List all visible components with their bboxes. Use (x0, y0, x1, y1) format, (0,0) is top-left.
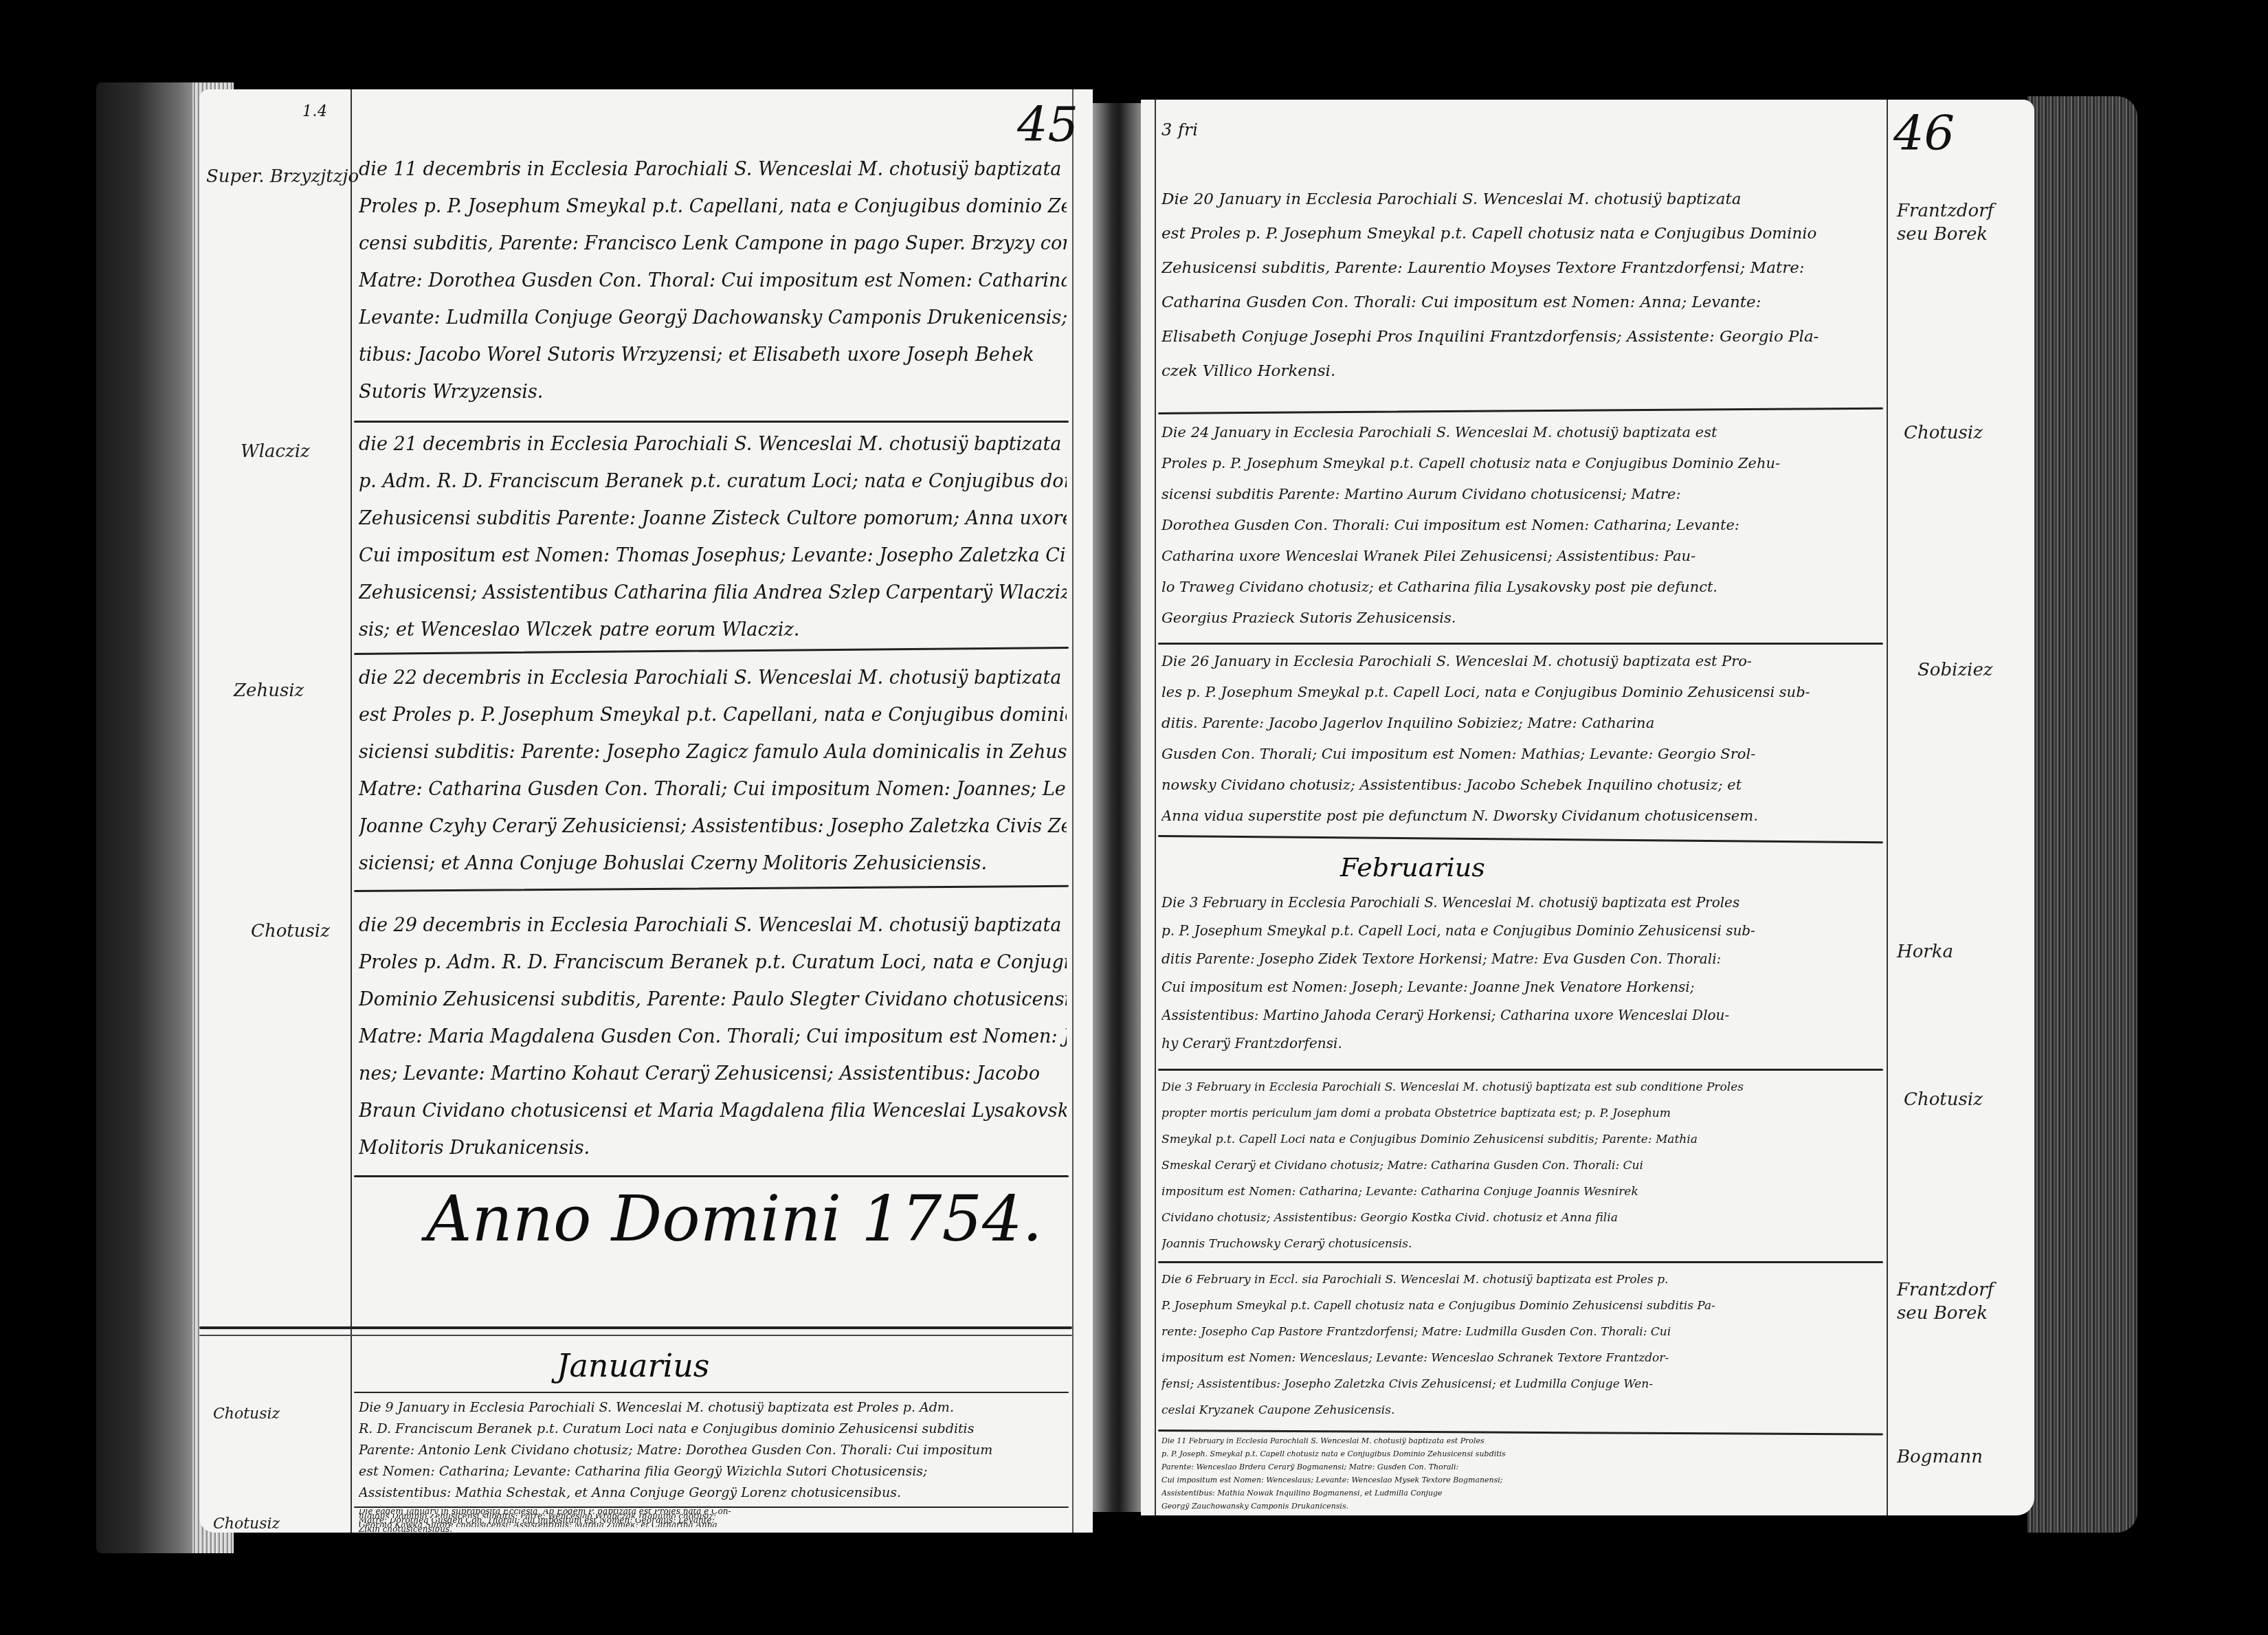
entry-line: Zehusicensi; Assistentibus Catharina fil… (359, 575, 1067, 612)
margin-village: Chotusiz (251, 921, 330, 942)
entry-divider (1158, 408, 1883, 414)
book-spine-gutter (1093, 103, 1141, 1512)
entry-divider (1158, 1261, 1883, 1263)
entry-line: Cui impositum est Nomen: Wenceslaus; Lev… (1161, 1473, 1883, 1487)
entry-line: nes; Levante: Martino Kohaut Cerarÿ Zehu… (359, 1056, 1067, 1093)
left-margin-rule (351, 89, 352, 1533)
margin-village: Frantzdorf seu Borek (1897, 1278, 2021, 1325)
entry-line: siciensi; et Anna Conjuge Bohuslai Czern… (359, 845, 1067, 882)
entry-line: Matre: Dorothea Gusden Con. Thoral: Cui … (359, 263, 1067, 300)
entry-line: les p. P. Josephum Smeykal p.t. Capell L… (1161, 677, 1883, 708)
entry-line: Levante: Ludmilla Conjuge Georgÿ Dachowa… (359, 300, 1067, 337)
entry-divider (354, 1175, 1069, 1177)
right-page: 3 fri 46 Frantzdorf seu Borek Die 20 Jan… (1141, 100, 2034, 1515)
entry-line: sis; et Wenceslao Wlczek patre eorum Wla… (359, 612, 1067, 649)
entry-line: Joanne Czyhy Cerarÿ Zehusiciensi; Assist… (359, 808, 1067, 845)
entry-line: Joannis Truchowsky Cerarÿ chotusicensis. (1161, 1231, 1883, 1257)
entry-line: rente: Josepho Cap Pastore Frantzdorfens… (1161, 1319, 1883, 1345)
entry-line: Dorothea Gusden Con. Thorali: Cui imposi… (1161, 510, 1883, 541)
entry-line: lo Traweg Cividano chotusiz; et Catharin… (1161, 572, 1883, 603)
baptism-entry: Die 9 January in Ecclesia Parochiali S. … (359, 1397, 1067, 1504)
baptism-entry: die 21 decembris in Ecclesia Parochiali … (359, 426, 1067, 649)
entry-line: p. P. Joseph. Smeykal p.t. Capell chotus… (1161, 1447, 1883, 1460)
entry-line: Die 9 January in Ecclesia Parochiali S. … (359, 1397, 1067, 1419)
entry-line: Gusden Con. Thorali; Cui impositum est N… (1161, 739, 1883, 770)
month-heading: Februarius (1340, 852, 1485, 882)
entry-divider (1158, 643, 1883, 645)
entry-line: sicensi subditis Parente: Martino Aurum … (1161, 479, 1883, 510)
entry-divider (1158, 835, 1883, 843)
page-number: 46 (1893, 105, 1955, 162)
month-heading: Januarius (557, 1347, 709, 1384)
entry-line: Matre: Catharina Gusden Con. Thorali; Cu… (359, 771, 1067, 808)
entry-line: die 29 decembris in Ecclesia Parochiali … (359, 907, 1067, 944)
entry-line: nowsky Cividano chotusiz; Assistentibus:… (1161, 770, 1883, 801)
entry-line: impositum est Nomen: Wenceslaus; Levante… (1161, 1345, 1883, 1371)
entry-line: est Nomen: Catharina; Levante: Catharina… (359, 1461, 1067, 1482)
entry-line: est Proles p. P. Josephum Smeykal p.t. C… (1161, 216, 1883, 251)
entry-line: hy Cerarÿ Frantzdorfensi. (1161, 1030, 1883, 1058)
baptism-entry: Die 3 February in Ecclesia Parochiali S.… (1161, 889, 1883, 1058)
entry-divider (354, 421, 1069, 423)
left-outer-rule (1072, 89, 1074, 1533)
entry-line: Die 11 February in Ecclesia Parochiali S… (1161, 1434, 1883, 1447)
corner-note: 3 fri (1161, 120, 1198, 140)
baptism-entry: Die 20 January in Ecclesia Parochiali S.… (1161, 182, 1883, 388)
entry-line: Die 20 January in Ecclesia Parochiali S.… (1161, 182, 1883, 216)
book-right-page-block (2027, 96, 2137, 1533)
entry-line: Cividano chotusiz; Assistentibus: Georgi… (1161, 1205, 1883, 1231)
baptism-entry: Die 24 January in Ecclesia Parochiali S.… (1161, 417, 1883, 634)
entry-line: Proles p. Adm. R. D. Franciscum Beranek … (359, 944, 1067, 981)
baptism-entry: Die eadem January in supraposita Ecclesi… (359, 1509, 1067, 1532)
page-number: 45 (1017, 96, 1078, 153)
left-page: 1.4 45 Super. Brzyzjtzjo die 11 decembri… (199, 89, 1093, 1533)
year-divider-thin (199, 1335, 1072, 1336)
entry-divider (1158, 1069, 1883, 1071)
entry-line: Parente: Wenceslao Brdera Cerarÿ Bogmane… (1161, 1460, 1883, 1473)
entry-line: ditis. Parente: Jacobo Jagerlov Inquilin… (1161, 708, 1883, 739)
right-inner-rule (1155, 100, 1156, 1515)
corner-note: 1.4 (302, 103, 328, 120)
entry-line: siciensi subditis: Parente: Josepho Zagi… (359, 734, 1067, 771)
margin-village: Super. Brzyzjtzjo (206, 166, 359, 187)
baptism-entry: die 22 decembris in Ecclesia Parochiali … (359, 660, 1067, 882)
entry-line: Die 6 February in Eccl. sia Parochiali S… (1161, 1267, 1883, 1293)
entry-line: Zikin chotusicensibus. (359, 1527, 1067, 1532)
baptism-entry: Die 3 February in Ecclesia Parochiali S.… (1161, 1074, 1883, 1257)
right-margin-rule (1887, 100, 1888, 1515)
entry-line: die 22 decembris in Ecclesia Parochiali … (359, 660, 1067, 697)
entry-line: ditis Parente: Josepho Zidek Textore Hor… (1161, 945, 1883, 973)
entry-line: Assistentibus: Mathia Schestak, et Anna … (359, 1482, 1067, 1504)
margin-village: Chotusiz (1904, 423, 1983, 443)
entry-line: Smeykal p.t. Capell Loci nata e Conjugib… (1161, 1126, 1883, 1153)
margin-village: Horka (1897, 942, 1953, 962)
entry-line: fensi; Assistentibus: Josepho Zaletzka C… (1161, 1371, 1883, 1397)
baptism-entry: Die 26 January in Ecclesia Parochiali S.… (1161, 646, 1883, 832)
entry-line: Georgius Prazieck Sutoris Zehusicensis. (1161, 603, 1883, 634)
entry-line: Assistentibus: Martino Jahoda Cerarÿ Hor… (1161, 1001, 1883, 1030)
entry-line: Proles p. P. Josephum Smeykal p.t. Capel… (1161, 448, 1883, 479)
margin-village: Zehusiz (234, 680, 304, 701)
margin-village: Chotusiz (213, 1515, 280, 1533)
entry-line: Elisabeth Conjuge Josephi Pros Inquilini… (1161, 320, 1883, 354)
entry-line: Die 26 January in Ecclesia Parochiali S.… (1161, 646, 1883, 677)
baptism-entry: die 11 decembris in Ecclesia Parochiali … (359, 151, 1067, 411)
entry-line: Anna vidua superstite post pie defunctum… (1161, 801, 1883, 832)
entry-line: Zehusicensi subditis, Parente: Laurentio… (1161, 251, 1883, 285)
entry-line: Matre: Maria Magdalena Gusden Con. Thora… (359, 1019, 1067, 1056)
margin-village: Sobiziez (1917, 660, 1993, 680)
entry-line: Catharina uxore Wenceslai Wranek Pilei Z… (1161, 541, 1883, 572)
entry-line: ceslai Kryzanek Caupone Zehusicensis. (1161, 1397, 1883, 1423)
entry-line: censi subditis, Parente: Francisco Lenk … (359, 225, 1067, 263)
entry-line: Sutoris Wrzyzensis. (359, 374, 1067, 411)
baptism-entry: Die 6 February in Eccl. sia Parochiali S… (1161, 1267, 1883, 1423)
year-divider (199, 1326, 1072, 1329)
entry-line: Catharina Gusden Con. Thorali: Cui impos… (1161, 285, 1883, 320)
entry-divider (354, 1506, 1069, 1508)
entry-line: Proles p. P. Josephum Smeykal p.t. Capel… (359, 188, 1067, 225)
margin-village: Bogmann (1897, 1447, 1983, 1467)
entry-line: Die 3 February in Ecclesia Parochiali S.… (1161, 889, 1883, 917)
entry-line: Braun Cividano chotusicensi et Maria Mag… (359, 1093, 1067, 1130)
entry-line: Parente: Antonio Lenk Cividano chotusiz;… (359, 1440, 1067, 1461)
entry-line: Die 3 February in Ecclesia Parochiali S.… (1161, 1074, 1883, 1100)
margin-village: Chotusiz (213, 1405, 280, 1423)
entry-line: die 11 decembris in Ecclesia Parochiali … (359, 151, 1067, 188)
entry-line: czek Villico Horkensi. (1161, 354, 1883, 388)
entry-line: Dominio Zehusicensi subditis, Parente: P… (359, 981, 1067, 1019)
entry-line: est Proles p. P. Josephum Smeykal p.t. C… (359, 697, 1067, 734)
baptism-entry: die 29 decembris in Ecclesia Parochiali … (359, 907, 1067, 1167)
month-divider (354, 1392, 1069, 1393)
entry-line: Molitoris Drukanicensis. (359, 1130, 1067, 1167)
entry-line: Zehusicensi subditis Parente: Joanne Zis… (359, 500, 1067, 537)
entry-line: p. P. Josephum Smeykal p.t. Capell Loci,… (1161, 917, 1883, 945)
entry-line: R. D. Franciscum Beranek p.t. Curatum Lo… (359, 1419, 1067, 1440)
margin-village: Frantzdorf seu Borek (1897, 199, 2021, 246)
entry-divider (354, 885, 1069, 892)
entry-line: die 21 decembris in Ecclesia Parochiali … (359, 426, 1067, 463)
entry-line: Cui impositum est Nomen: Thomas Josephus… (359, 537, 1067, 575)
margin-village: Wlacziz (241, 441, 310, 462)
margin-village: Chotusiz (1904, 1089, 1983, 1110)
entry-line: Cui impositum est Nomen: Joseph; Levante… (1161, 973, 1883, 1001)
entry-line: P. Josephum Smeykal p.t. Capell chotusiz… (1161, 1293, 1883, 1319)
entry-line: propter mortis periculum jam domi a prob… (1161, 1100, 1883, 1126)
entry-line: Georgÿ Zauchowansky Camponis Drukanicens… (1161, 1500, 1883, 1513)
entry-line: impositum est Nomen: Catharina; Levante:… (1161, 1179, 1883, 1205)
entry-line: Smeskal Cerarÿ et Cividano chotusiz; Mat… (1161, 1153, 1883, 1179)
year-heading: Anno Domini 1754. (426, 1182, 1043, 1256)
baptism-entry: Die 11 February in Ecclesia Parochiali S… (1161, 1434, 1883, 1513)
entry-line: tibus: Jacobo Worel Sutoris Wrzyzensi; e… (359, 337, 1067, 374)
entry-line: Die 24 January in Ecclesia Parochiali S.… (1161, 417, 1883, 448)
entry-line: Assistentibus: Mathia Nowak Inquilino Bo… (1161, 1487, 1883, 1500)
entry-line: p. Adm. R. D. Franciscum Beranek p.t. cu… (359, 463, 1067, 500)
